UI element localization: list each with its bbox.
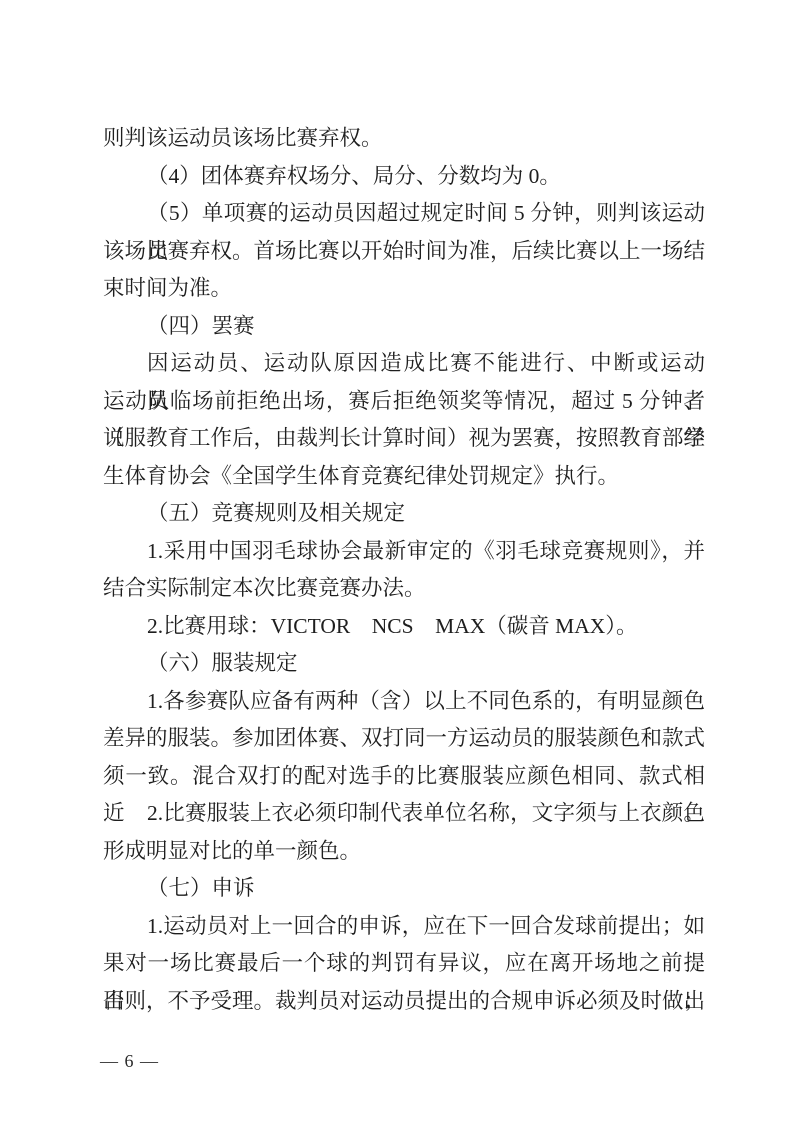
document-body: 则判该运动员该场比赛弃权。（4）团体赛弃权场分、局分、分数均为 0。（5）单项赛… (103, 120, 705, 1020)
text-line: 束时间为准。 (103, 270, 705, 308)
text-line: （六）服装规定 (103, 645, 705, 683)
document-page: 则判该运动员该场比赛弃权。（4）团体赛弃权场分、局分、分数均为 0。（5）单项赛… (0, 0, 800, 1131)
text-line: 果对一场比赛最后一个球的判罚有异议，应在离开场地之前提出； (103, 945, 705, 983)
text-line: 该场比赛弃权。首场比赛以开始时间为准，后续比赛以上一场结 (103, 233, 705, 271)
text-line: 差异的服装。参加团体赛、双打同一方运动员的服装颜色和款式 (103, 720, 705, 758)
text-line: 生体育协会《全国学生体育竞赛纪律处罚规定》执行。 (103, 458, 705, 496)
text-line: 运动队临场前拒绝出场，赛后拒绝领奖等情况，超过 5 分钟者（经 (103, 383, 705, 421)
text-line: （四）罢赛 (103, 308, 705, 346)
text-line: （5）单项赛的运动员因超过规定时间 5 分钟，则判该运动员 (103, 195, 705, 233)
page-footer: — 6 — (100, 1048, 159, 1074)
text-line: 形成明显对比的单一颜色。 (103, 833, 705, 871)
text-line: 1.采用中国羽毛球协会最新审定的《羽毛球竞赛规则》，并 (103, 533, 705, 571)
text-line: 1.各参赛队应备有两种（含）以上不同色系的，有明显颜色 (103, 683, 705, 721)
text-line: （4）团体赛弃权场分、局分、分数均为 0。 (103, 158, 705, 196)
text-line: 2.比赛用球：VICTOR NCS MAX（碳音 MAX）。 (103, 608, 705, 646)
text-line: （七）申诉 (103, 870, 705, 908)
text-line: 2.比赛服装上衣必须印制代表单位名称，文字须与上衣颜色 (103, 795, 705, 833)
text-line: （五）竞赛规则及相关规定 (103, 495, 705, 533)
text-line: 须一致。混合双打的配对选手的比赛服装应颜色相同、款式相近。 (103, 758, 705, 796)
text-line: 说服教育工作后，由裁判长计算时间）视为罢赛，按照教育部学 (103, 420, 705, 458)
page-number: — 6 — (100, 1051, 159, 1071)
text-line: 因运动员、运动队原因造成比赛不能进行、中断或运动员、 (103, 345, 705, 383)
text-line: 则判该运动员该场比赛弃权。 (103, 120, 705, 158)
text-line: 否则，不予受理。裁判员对运动员提出的合规申诉必须及时做出 (103, 983, 705, 1021)
text-line: 结合实际制定本次比赛竞赛办法。 (103, 570, 705, 608)
text-line: 1.运动员对上一回合的申诉，应在下一回合发球前提出；如 (103, 908, 705, 946)
